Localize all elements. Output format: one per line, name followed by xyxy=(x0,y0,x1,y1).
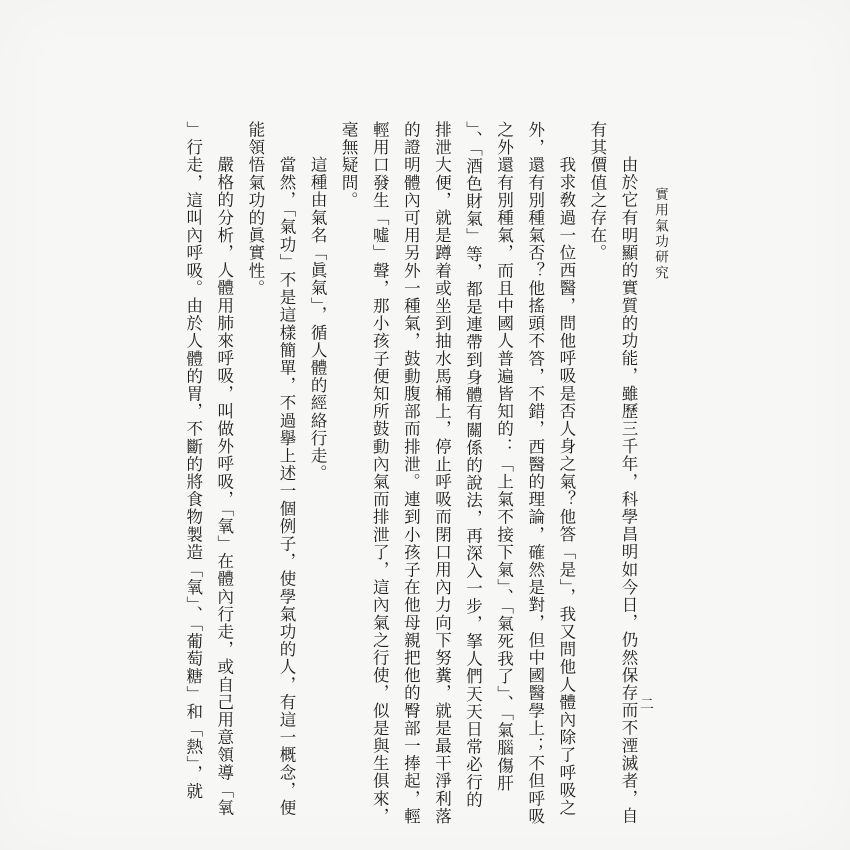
text-column: 我求敎過一位西醫，問他呼吸是否人身之氣？他答「是」，我又問他人體內除了呼吸之 xyxy=(551,121,582,835)
text-column: 」行走，這叫內呼吸。由於人體的胃，不斷的將食物製造「氧」、「葡萄糖」和「熱」，就 xyxy=(178,121,209,835)
text-column: 由於它有明顯的實質的功能，雖歷三千年，科學昌明如今日，仍然保存而不湮滅者，自 xyxy=(613,121,644,835)
body-text: 由於它有明顯的實質的功能，雖歷三千年，科學昌明如今日，仍然保存而不湮滅者，自有其… xyxy=(177,121,644,835)
text-column: 排泄大便，就是蹲着或坐到抽水馬桶上，停止呼吸而閉口用內力向下努糞，就是最干淨利落 xyxy=(426,121,457,835)
text-column: 嚴格的分析，人體用肺來呼吸，叫做外呼吸，「氧」在體內行走，或自己用意領導「氧 xyxy=(209,121,240,835)
text-column: 當然，「氣功」不是這樣簡單，不過擧上述一個例子，使學氣功的人，有這一概念，便 xyxy=(271,121,302,835)
text-column: 之外還有別種氣，而且中國人普遍皆知的：「上氣不接下氣」、「氣死我了」、「氣腦傷肝 xyxy=(489,121,520,835)
running-title: 實用氣功研究 xyxy=(651,187,670,281)
book-page: 實用氣功研究 二 由於它有明顯的實質的功能，雖歷三千年，科學昌明如今日，仍然保存… xyxy=(0,0,850,850)
text-column: 輕用口發生「噓」聲，那小孩子便知所鼓動內氣而排泄了，這內氣之行使，似是與生俱來， xyxy=(364,121,395,835)
text-column: 的證明體內可用另外一種氣，鼓動腹部而排泄。連到小孩子在他母親把他的臀部一捧起，輕 xyxy=(395,121,426,835)
text-column: 能領悟氣功的眞實性。 xyxy=(240,121,271,835)
text-column: 毫無疑問。 xyxy=(333,121,364,835)
text-column: 有其價值之存在。 xyxy=(582,121,613,835)
text-column: 這種由氣名「眞氣」，循人體的經絡行走。 xyxy=(302,121,333,835)
text-column: 」、「酒色財氣」等，都是連帶到身體有關係的說法，再深入一步，拏人們天天日常必行的 xyxy=(457,121,488,835)
text-column: 外，還有別種氣否？他搖頭不答，不錯，西醫的理論，確然是對，但中國醫學上；不但呼吸 xyxy=(520,121,551,835)
